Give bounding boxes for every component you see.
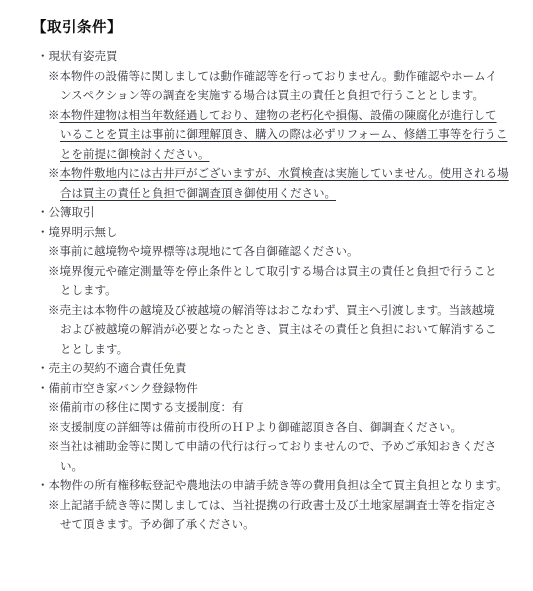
condition-text: 本物件敷地内には古井戸がございますが、水質検査は実施していません。使用される場 [60, 166, 509, 180]
condition-text: 境界復元や確定測量等を停止条件として取引する場合は買主の責任と負担で行うこと [60, 264, 497, 278]
conditions-list: ・現状有姿売買※本物件の設備等に関しましては動作確認等を行っておりません。動作確… [37, 47, 517, 535]
note-marker: ※ [48, 420, 60, 434]
note-marker: ※ [48, 439, 60, 453]
condition-text: とを前提に御検討ください。 [60, 147, 210, 161]
note-marker: ※ [48, 244, 60, 258]
condition-line: とを前提に御検討ください。 [60, 145, 517, 165]
condition-text: 本物件建物は相当年数経過しており、建物の老朽化や損傷、設備の陳腐化が進行して [60, 108, 497, 122]
note-marker: ※ [48, 69, 60, 83]
bullet-marker: ・ [37, 225, 49, 239]
document-page: 【取引条件】 ・現状有姿売買※本物件の設備等に関しましては動作確認等を行っており… [0, 0, 533, 591]
condition-line: ・本物件の所有権移転登記や農地法の申請手続き等の費用負担は全て買主負担となります… [37, 476, 517, 496]
condition-line: ンスペクション等の調査を実施する場合は買主の責任と負担で行うこととします。 [60, 86, 517, 106]
condition-line: ※本物件建物は相当年数経過しており、建物の老朽化や損傷、設備の陳腐化が進行して [48, 106, 517, 126]
condition-text: 上記諸手続き等に関しましては、当社提携の行政書士及び土地家屋調査士等を指定さ [60, 498, 497, 512]
condition-line: い。 [60, 457, 517, 477]
condition-line: ※事前に越境物や境界標等は現地にて各自御確認ください。 [48, 242, 517, 262]
condition-line: ・売主の契約不適合責任免責 [37, 359, 517, 379]
condition-text: ととします。 [60, 342, 128, 356]
condition-text: いることを買主は事前に御理解頂き、購入の際は必ずリフォーム、修繕工事等を行うこ [60, 127, 507, 141]
bullet-marker: ・ [37, 478, 49, 492]
condition-line: ・境界明示無し [37, 223, 517, 243]
condition-text: 売主は本物件の越境及び被越境の解消等はおこなわず、買主へ引渡します。当該越境 [60, 303, 495, 317]
note-marker: ※ [48, 303, 60, 317]
condition-text: とします。 [60, 283, 117, 297]
bullet-marker: ・ [37, 381, 49, 395]
condition-text: 本物件の設備等に関しましては動作確認等を行っておりません。動作確認やホームイ [60, 69, 497, 83]
condition-text: 境界明示無し [49, 225, 118, 239]
condition-line: いることを買主は事前に御理解頂き、購入の際は必ずリフォーム、修繕工事等を行うこ [60, 125, 517, 145]
condition-text: 備前市空き家バンク登録物件 [49, 381, 198, 395]
condition-line: ・公簿取引 [37, 203, 517, 223]
note-marker: ※ [48, 498, 60, 512]
note-marker: ※ [48, 166, 60, 180]
condition-line: せて頂きます。予め御了承ください。 [60, 515, 517, 535]
condition-text: 本物件の所有権移転登記や農地法の申請手続き等の費用負担は全て買主負担となります。 [49, 478, 508, 492]
note-marker: ※ [48, 400, 60, 414]
condition-text: および被越境の解消が必要となったとき、買主はその責任と負担において解消するこ [60, 322, 497, 336]
condition-line: ととします。 [60, 340, 517, 360]
page-title: 【取引条件】 [32, 16, 122, 37]
condition-text: 売主の契約不適合責任免責 [49, 361, 187, 375]
condition-line: 合は買主の責任と負担で御調査頂き御使用ください。 [60, 184, 517, 204]
condition-text: 支援制度の詳細等は備前市役所のＨＰより御確認頂き各自、御調査ください。 [60, 420, 463, 434]
condition-line: ※境界復元や確定測量等を停止条件として取引する場合は買主の責任と負担で行うこと [48, 262, 517, 282]
condition-text: い。 [60, 459, 83, 473]
bullet-marker: ・ [37, 49, 49, 63]
condition-text: 公簿取引 [49, 205, 95, 219]
condition-text: 現状有姿売買 [49, 49, 118, 63]
bullet-marker: ・ [37, 205, 49, 219]
note-marker: ※ [48, 264, 60, 278]
condition-line: ※売主は本物件の越境及び被越境の解消等はおこなわず、買主へ引渡します。当該越境 [48, 301, 517, 321]
condition-line: ※上記諸手続き等に関しましては、当社提携の行政書士及び土地家屋調査士等を指定さ [48, 496, 517, 516]
note-marker: ※ [48, 108, 60, 122]
condition-text: ンスペクション等の調査を実施する場合は買主の責任と負担で行うこととします。 [60, 88, 484, 102]
bullet-marker: ・ [37, 361, 49, 375]
condition-line: および被越境の解消が必要となったとき、買主はその責任と負担において解消するこ [60, 320, 517, 340]
condition-text: 事前に越境物や境界標等は現地にて各自御確認ください。 [60, 244, 359, 258]
condition-line: ※支援制度の詳細等は備前市役所のＨＰより御確認頂き各自、御調査ください。 [48, 418, 517, 438]
condition-text: 備前市の移住に関する支援制度：有 [60, 400, 244, 414]
condition-line: ※本物件の設備等に関しましては動作確認等を行っておりません。動作確認やホームイ [48, 67, 517, 87]
condition-line: とします。 [60, 281, 517, 301]
condition-text: 合は買主の責任と負担で御調査頂き御使用ください。 [60, 186, 336, 200]
condition-line: ※本物件敷地内には古井戸がございますが、水質検査は実施していません。使用される場 [48, 164, 517, 184]
condition-text: 当社は補助金等に関して申請の代行は行っておりませんので、予めご承知おきくださ [60, 439, 497, 453]
condition-line: ・備前市空き家バンク登録物件 [37, 379, 517, 399]
condition-line: ※備前市の移住に関する支援制度：有 [48, 398, 517, 418]
condition-line: ※当社は補助金等に関して申請の代行は行っておりませんので、予めご承知おきくださ [48, 437, 517, 457]
condition-line: ・現状有姿売買 [37, 47, 517, 67]
condition-text: せて頂きます。予め御了承ください。 [60, 517, 255, 531]
